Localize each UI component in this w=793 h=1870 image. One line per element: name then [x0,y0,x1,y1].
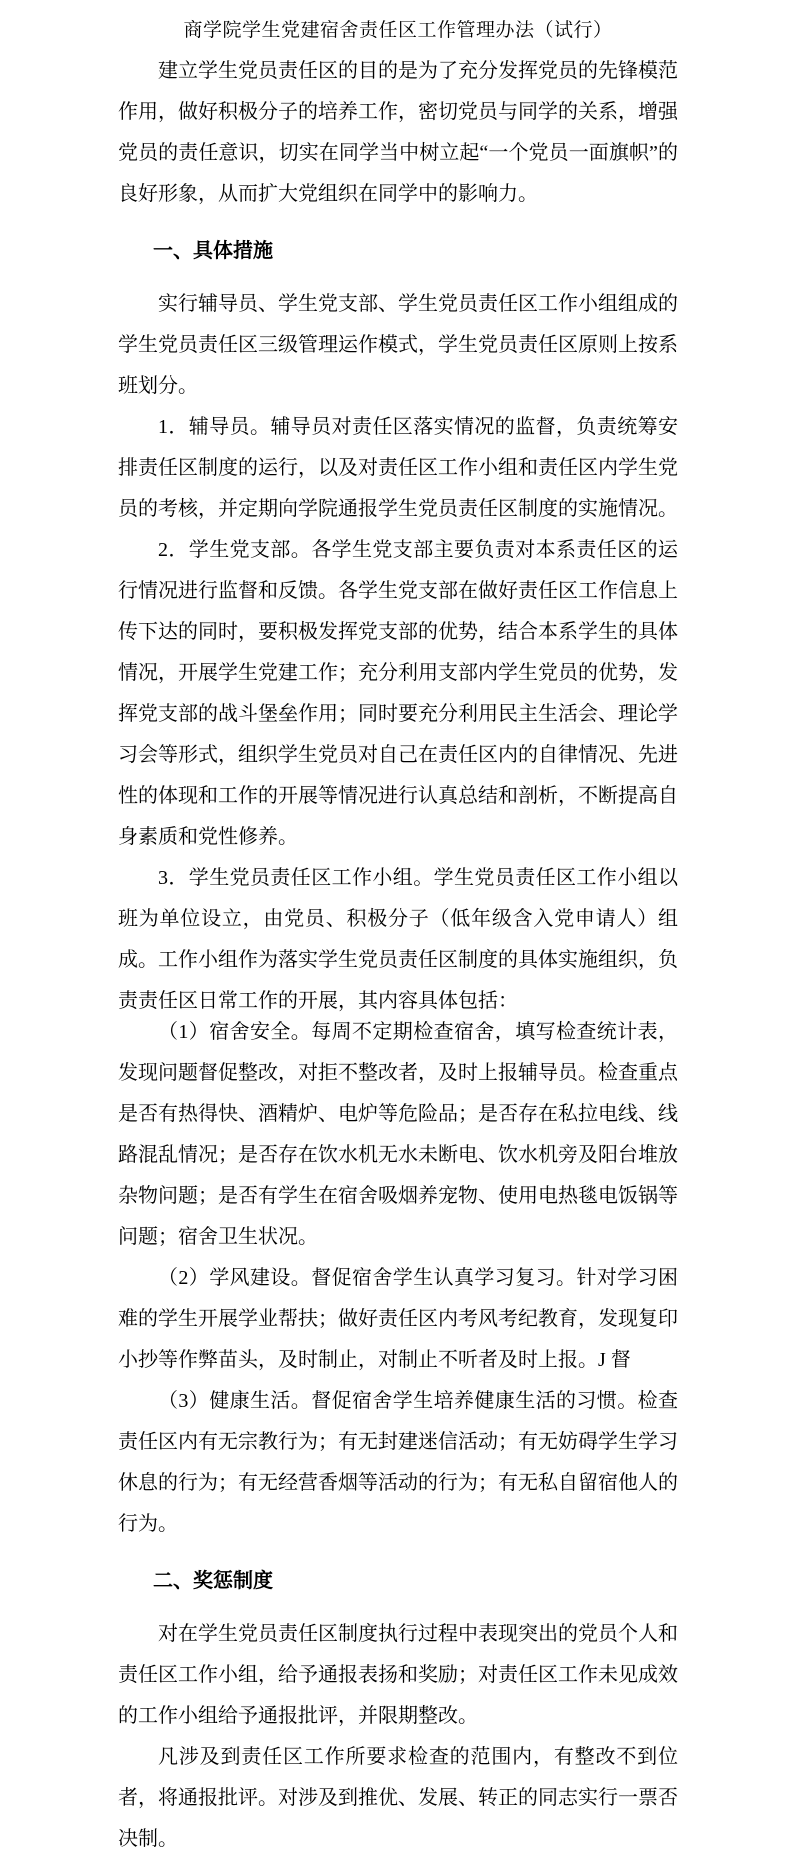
section-1-paragraph: 实行辅导员、学生党支部、学生党员责任区工作小组组成的学生党员责任区三级管理运作模… [118,284,678,407]
section-1-heading: 一、具体措施 [118,231,678,272]
document-title: 商学院学生党建宿舍责任区工作管理办法（试行） [118,10,678,51]
intro-paragraph: 建立学生党员责任区的目的是为了充分发挥党员的先锋模范作用，做好积极分子的培养工作… [118,51,678,215]
section-2-paragraph-rewards: 对在学生党员责任区制度执行过程中表现突出的党员个人和责任区工作小组，给予通报表扬… [118,1614,678,1737]
section-1-subitem-2-study-style: （2）学风建设。督促宿舍学生认真学习复习。针对学习困难的学生开展学业帮扶；做好责… [118,1258,678,1381]
section-1-item-3-work-group: 3．学生党员责任区工作小组。学生党员责任区工作小组以班为单位设立，由党员、积极分… [118,858,678,1022]
section-1-item-2-party-branch: 2．学生党支部。各学生党支部主要负责对本系责任区的运行情况进行监督和反馈。各学生… [118,530,678,858]
section-1-subitem-3-healthy-life: （3）健康生活。督促宿舍学生培养健康生活的习惯。检查责任区内有无宗教行为；有无封… [118,1381,678,1545]
document-page: 商学院学生党建宿舍责任区工作管理办法（试行） 建立学生党员责任区的目的是为了充分… [0,0,793,1870]
section-2-paragraph-veto: 凡涉及到责任区工作所要求检查的范围内，有整改不到位者，将通报批评。对涉及到推优、… [118,1737,678,1860]
section-2-heading: 二、奖惩制度 [118,1561,678,1602]
section-1-subitem-1-dorm-safety: （1）宿舍安全。每周不定期检查宿舍，填写检查统计表，发现问题督促整改，对拒不整改… [118,1012,678,1258]
section-1-item-1-counselor: 1．辅导员。辅导员对责任区落实情况的监督，负责统筹安排责任区制度的运行，以及对责… [118,407,678,530]
